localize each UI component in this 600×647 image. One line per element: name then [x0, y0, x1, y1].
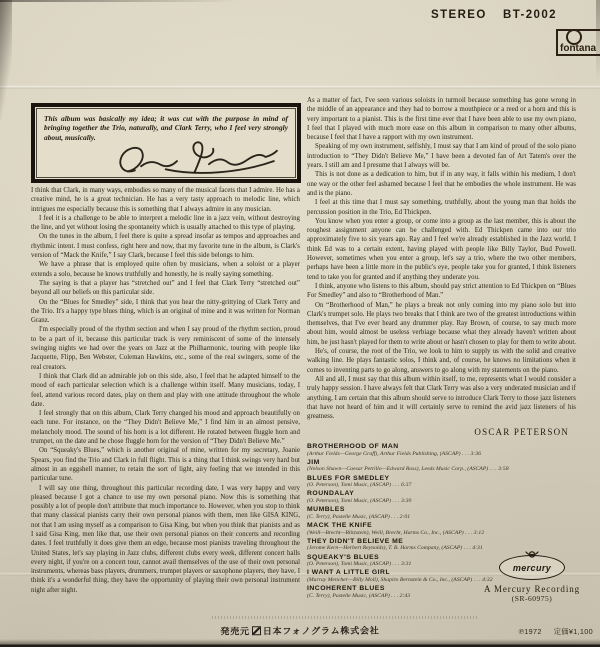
liner-paragraph: The saying is that a player has “stretch… — [31, 279, 300, 298]
track-row: ROUNDALAY (O. Peterson), Tomi Music, (AS… — [307, 490, 559, 504]
track-title: BROTHERHOOD OF MAN — [307, 443, 559, 451]
author-byline: OSCAR PETERSON — [307, 427, 569, 437]
scan-bottom-edge — [0, 639, 600, 647]
liner-notes-right-column: As a matter of fact, I've seen various s… — [307, 96, 576, 428]
liner-paragraph: On “Brotherhood of Man,” he plays a brea… — [307, 301, 576, 347]
liner-paragraph: I'm especially proud of the rhythm secti… — [31, 325, 300, 371]
producer-note-box: This album was basically my idea; it was… — [31, 103, 301, 183]
paper-crease — [0, 85, 600, 89]
track-title: ROUNDALAY — [307, 490, 559, 498]
liner-notes-left-column: I think that Clark, in many ways, embodi… — [31, 186, 300, 606]
liner-paragraph: This is not done as a dedication to him,… — [307, 170, 576, 198]
leader-dots: . . . — [391, 561, 401, 567]
track-credit: (O. Peterson), Tomi Music, (ASCAP) . . .… — [307, 482, 559, 488]
liner-paragraph: I feel at this time that I must say some… — [307, 198, 576, 217]
track-time: 6:37 — [401, 482, 411, 488]
track-credit: (O. Peterson), Tomi Music, (ASCAP) . . .… — [307, 498, 559, 504]
track-time: 2:43 — [400, 593, 410, 599]
leader-dots: . . . — [391, 482, 401, 488]
liner-paragraph: All and all, I must say that this album … — [307, 375, 576, 421]
mercury-logo-block: mercury A Mercury Recording (SR-60975) — [468, 546, 596, 603]
fontana-logo: fontana — [556, 29, 600, 56]
track-time: 3:12 — [474, 530, 484, 536]
p-year: ℗1972 — [519, 627, 542, 636]
liner-paragraph: On “Squeaky's Blues,” which is another o… — [31, 446, 300, 483]
price-line: ℗1972定価¥1,100 — [507, 627, 593, 637]
illegible-fine-print — [212, 616, 478, 619]
liner-paragraph: I think, anyone who listens to this albu… — [307, 282, 576, 301]
catalog-sr-number: (SR-60975) — [468, 594, 596, 603]
leader-dots: . . . — [390, 514, 400, 520]
liner-paragraph: I feel strongly that on this album, Clar… — [31, 409, 300, 446]
liner-paragraph: On the tunes in the album, I feel there … — [31, 232, 300, 260]
stereo-label: STEREO — [431, 9, 487, 21]
leader-dots: . . . — [391, 498, 401, 504]
track-row: MUMBLES (C. Terry), Pastelle Music, (ASC… — [307, 506, 559, 520]
catalog-number: BT-2002 — [503, 9, 600, 21]
leader-dots: . . . — [461, 451, 471, 457]
mercury-logo-text: mercury — [513, 563, 551, 573]
album-back-cover: STEREO BT-2002 fontana This album was ba… — [0, 0, 600, 647]
fontana-logo-text: fontana — [560, 43, 596, 54]
publisher-prefix: 発売元 — [220, 626, 249, 636]
liner-paragraph: As a matter of fact, I've seen various s… — [307, 96, 576, 142]
track-credit: (Arthur Fields—George Graff), Arthur Fie… — [307, 451, 559, 457]
liner-paragraph: We have a phrase that is employed quite … — [31, 260, 300, 279]
liner-paragraph: On the “Blues for Smedley” side, I think… — [31, 298, 300, 326]
track-credit: (C. Terry), Pastelle Music, (ASCAP) . . … — [307, 514, 559, 520]
phonogram-mark-icon — [252, 626, 261, 635]
track-time: 3:31 — [401, 561, 411, 567]
track-row: BROTHERHOOD OF MAN (Arthur Fields—George… — [307, 443, 559, 457]
producer-note-inner: This album was basically my idea; it was… — [36, 108, 296, 178]
track-row: MACK THE KNIFE (Weill—Brecht—Blitzstein)… — [307, 522, 559, 536]
track-credit: (Nelson Shawn—Caesar Petrillo—Edward Ros… — [307, 466, 559, 472]
scan-edge-shadow — [0, 0, 240, 2]
oscar-peterson-signature — [106, 136, 281, 180]
price: 定価¥1,100 — [554, 627, 593, 636]
track-title: MUMBLES — [307, 506, 559, 514]
liner-paragraph: I feel it is a challenge to be able to i… — [31, 214, 300, 233]
leader-dots: . . . — [464, 530, 474, 536]
mercury-recording-label: A Mercury Recording — [468, 584, 596, 594]
track-credit: (Weill—Brecht—Blitzstein), Weill, Brecht… — [307, 530, 559, 536]
liner-paragraph: I think that Clark, in many ways, embodi… — [31, 186, 300, 214]
liner-paragraph: Speaking of my own instrument, selfishly… — [307, 142, 576, 170]
liner-paragraph: I think that Clark did an admirable job … — [31, 372, 300, 409]
scan-edge-shadow — [0, 0, 12, 120]
track-time: 3:36 — [471, 451, 481, 457]
track-time: 3:58 — [498, 466, 508, 472]
leader-dots: . . . — [488, 466, 498, 472]
mercury-head-icon — [468, 546, 596, 556]
liner-paragraph: I will say one thing, throughout this pa… — [31, 484, 300, 596]
leader-dots: . . . — [390, 593, 400, 599]
publisher-name: 日本フォノグラム株式会社 — [263, 626, 380, 637]
track-title: MACK THE KNIFE — [307, 522, 559, 530]
track-time: 2:01 — [400, 514, 410, 520]
track-row: JIM (Nelson Shawn—Caesar Petrillo—Edward… — [307, 459, 559, 473]
liner-paragraph: He's, of course, the root of the Trio, w… — [307, 347, 576, 375]
track-time: 3:30 — [401, 498, 411, 504]
track-row: BLUES FOR SMEDLEY (O. Peterson), Tomi Mu… — [307, 475, 559, 489]
liner-paragraph: You know when you enter a group, or come… — [307, 217, 576, 282]
